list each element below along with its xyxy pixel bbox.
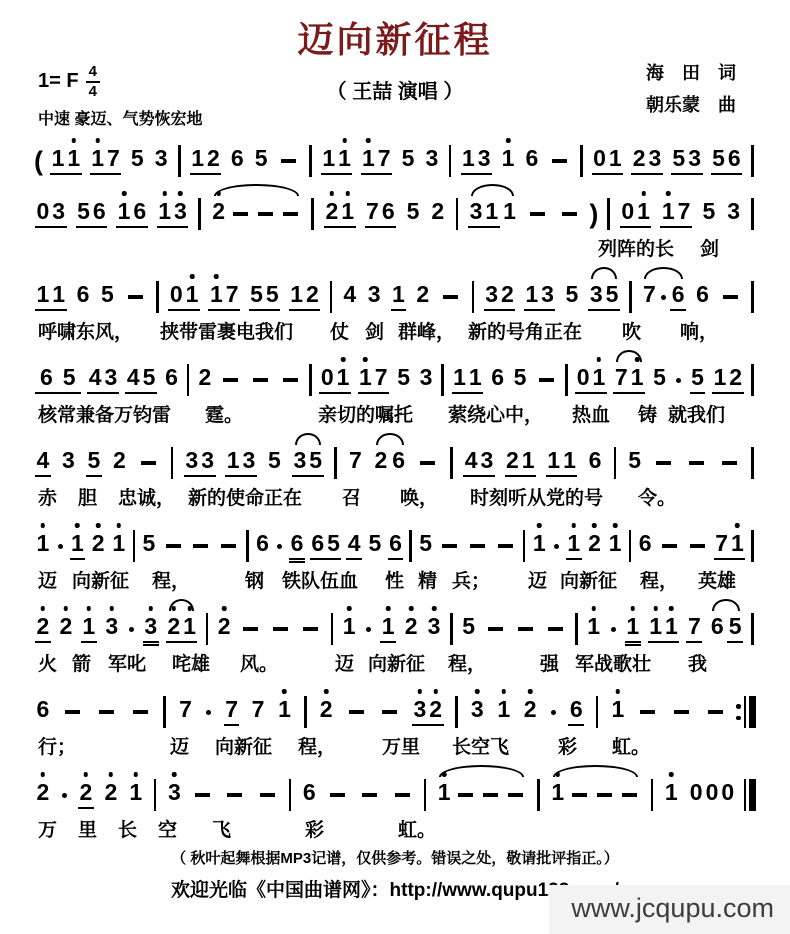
note-group: 5 [86, 449, 102, 477]
note-digit: 3 [143, 615, 159, 638]
lyric-segment: 剑 [700, 234, 719, 261]
note-digit: 7 [613, 366, 629, 389]
augmentation-dot [62, 793, 67, 798]
lyric-segment: 空 [158, 815, 177, 842]
lyric-segment: 群峰， [398, 317, 455, 344]
octave-dot [64, 606, 69, 611]
note-digit: 5 [141, 532, 157, 555]
note-digit: 0 [704, 781, 720, 804]
note-group: 6 [75, 283, 91, 311]
note-group: 31 [468, 200, 500, 228]
note-digit: 5 [326, 532, 342, 555]
duration-dash [303, 627, 318, 631]
lyric-segment: 响， [680, 317, 718, 344]
note-digit: 7 [376, 147, 392, 170]
note-group: 1 [341, 615, 357, 643]
octave-dot [214, 274, 219, 279]
note-digit: 6 [255, 532, 271, 555]
slur-group: 35 [291, 449, 325, 477]
note-group: 7 [686, 615, 702, 643]
octave-dot [630, 606, 635, 611]
note-digit: 1 [586, 615, 602, 638]
note-digit: 1 [461, 147, 477, 170]
octave-dot [216, 191, 221, 196]
note-digit: 2 [206, 147, 222, 170]
octave-dot [442, 772, 447, 777]
duration-dash [281, 159, 296, 163]
note-group: 2 [78, 781, 94, 809]
key-signature: 1= F 4 4 [38, 64, 100, 100]
note-group: 5 [418, 532, 434, 560]
note-digit: 5 [405, 200, 421, 223]
note-group: 2 [35, 615, 51, 643]
note-group: 1 [70, 532, 86, 560]
note-digit: 7 [373, 366, 389, 389]
duration-dash [362, 793, 377, 797]
note-digit: 1 [190, 147, 206, 170]
note-group: 1 [610, 698, 626, 726]
augmentation-dot [676, 378, 681, 383]
note-digit: 1 [562, 449, 578, 472]
note-digit: 3 [726, 200, 742, 223]
barline [206, 613, 209, 645]
note-digit: 1 [566, 532, 582, 555]
note-group: 21 [166, 615, 198, 643]
note-digit: 5 [701, 200, 717, 223]
lyric-segment: 彩 [305, 815, 324, 842]
lyric-segment: 英雄 [698, 566, 736, 593]
repeat-dots [736, 704, 741, 720]
note-group: 21 [505, 449, 537, 477]
octave-dot [735, 523, 740, 528]
note-digit: 1 [636, 200, 652, 223]
note-digit: 3 [412, 698, 428, 721]
barline [472, 281, 475, 313]
note-digit: 3 [476, 147, 492, 170]
slur-group: 65 [708, 615, 744, 643]
note-group: 01 [575, 366, 607, 394]
barline [751, 613, 754, 645]
note-digit: 3 [484, 283, 500, 306]
octave-dot [84, 772, 89, 777]
octave-dot [555, 772, 560, 777]
note-digit: 6 [132, 200, 148, 223]
note-group: 3 [153, 147, 169, 175]
note-digit: 3 [468, 200, 484, 223]
note-group: 53 [671, 147, 703, 175]
phrase-paren: ( [34, 148, 43, 175]
lyrics-line: 行；迈向新征程，万里长空飞彩虹。 [34, 732, 756, 761]
note-digit: 1 [436, 781, 452, 804]
lyric-segment: 剑 [365, 317, 384, 344]
note-group: 6 [709, 615, 725, 643]
duration-dash [442, 544, 457, 548]
note-group: 56 [711, 147, 743, 175]
note-digit: 2 [35, 781, 51, 804]
lyric-segment: 向新征 [560, 566, 617, 593]
barline [450, 613, 453, 645]
note-group: 76 [365, 200, 397, 228]
note-group: 17 [660, 200, 692, 228]
note-group: 13 [524, 283, 556, 311]
note-digit: 0 [592, 147, 608, 170]
note-digit: 1 [289, 283, 305, 306]
note-group: 3 [61, 449, 77, 477]
note-group: 2 [211, 200, 227, 228]
note-digit: 1 [531, 532, 547, 555]
note-digit: 2 [78, 781, 94, 804]
duration-dash [483, 793, 498, 797]
duration-dash [273, 627, 288, 631]
slur-group: 21 [165, 615, 199, 643]
note-group: 2 [373, 449, 389, 477]
note-group: 32 [484, 283, 516, 311]
note-digit: 3 [647, 147, 663, 170]
barline [751, 198, 754, 230]
notation-line: 65434562011753116501715512 [34, 349, 756, 399]
note-group: 17 [361, 147, 393, 175]
note-digit: 2 [90, 532, 106, 555]
note-digit: 5 [396, 366, 412, 389]
note-group: 2 [112, 449, 128, 477]
transcription-note: （ 秋叶起舞根据MP3记谱，仅供参考。错误之处，敬请批评指正。） [34, 847, 756, 868]
notation-line: 4352331353572643211165 [34, 432, 756, 482]
note-digit: 1 [35, 283, 51, 306]
note-digit: 7 [224, 698, 240, 721]
note-digit: 1 [660, 200, 676, 223]
duration-dash [548, 627, 563, 631]
lyric-segment: 胆 [78, 483, 97, 510]
duration-dash [562, 212, 577, 216]
barline [133, 530, 136, 562]
note-digit: 3 [200, 449, 216, 472]
barline [580, 145, 583, 177]
barline [154, 779, 157, 811]
note-digit: 1 [467, 366, 483, 389]
barline [449, 145, 452, 177]
note-digit: 5 [711, 147, 727, 170]
note-digit: 1 [629, 366, 645, 389]
note-digit: 2 [112, 449, 128, 472]
note-digit: 5 [249, 283, 265, 306]
note-group: 3 [166, 781, 182, 809]
note-group: 01 [620, 200, 652, 228]
octave-dot [190, 274, 195, 279]
lyric-segment: 长 [118, 815, 137, 842]
note-digit: 0 [319, 366, 335, 389]
barline [575, 613, 578, 645]
note-group: 6 [229, 147, 245, 175]
lyric-segment: 铸 [638, 400, 657, 427]
note-digit: 1 [625, 615, 641, 638]
note-digit: 2 [373, 449, 389, 472]
note-digit: 1 [524, 283, 540, 306]
lyric-segment: 向新征 [368, 649, 425, 676]
note-group: 6 [587, 449, 603, 477]
note-digit: 3 [469, 698, 485, 721]
note-digit: 4 [346, 532, 362, 555]
note-digit: 1 [335, 366, 351, 389]
octave-dot [386, 606, 391, 611]
lyric-segment: 程， [152, 566, 190, 593]
note-digit: 0 [35, 200, 51, 223]
note-group: 45 [125, 366, 157, 394]
note-digit: 2 [305, 283, 321, 306]
note-digit: 1 [591, 366, 607, 389]
octave-dot [653, 606, 658, 611]
octave-dot [669, 772, 674, 777]
note-digit: 2 [103, 781, 119, 804]
note-digit: 3 [104, 615, 120, 638]
note-group: 6 [670, 283, 686, 311]
note-digit: 0 [620, 200, 636, 223]
score-system: 65434562011753116501715512核常兼备万钧雷霆。亲切的嘱托… [34, 349, 756, 429]
score-system: 22133212112351111765火箭军叱咤雄风。迈向新征程，强军战歌壮我 [34, 598, 756, 678]
octave-dot [363, 357, 368, 362]
note-digit: 1 [111, 532, 127, 555]
note-group: 5 [690, 366, 706, 394]
note-digit: 1 [648, 615, 664, 638]
note-group: 1 [502, 200, 518, 228]
note-digit: 7 [106, 147, 122, 170]
octave-dot [134, 772, 139, 777]
note-digit: 3 [424, 147, 440, 170]
lyric-segment: 箭 [72, 649, 91, 676]
note-group: 3 [143, 615, 159, 643]
note-group: 2 [587, 532, 603, 560]
note-digit: 1 [157, 200, 173, 223]
note-group: 1 [550, 781, 566, 809]
note-group: 1 [625, 615, 641, 643]
note-digit: 6 [301, 781, 317, 804]
note-digit: 5 [604, 283, 620, 306]
meter-denominator: 4 [89, 83, 97, 100]
note-group: 11 [50, 147, 82, 175]
slur-group: 76 [640, 283, 687, 311]
note-digit: 5 [690, 366, 706, 389]
note-digit: 5 [727, 615, 743, 638]
score-system: 11215666545651121671迈向新征程，钢铁队伍血性精兵；迈向新征程… [34, 515, 756, 595]
note-digit: 6 [91, 200, 107, 223]
note-digit: 1 [484, 200, 500, 223]
final-barline [744, 779, 756, 811]
note-digit: 1 [452, 366, 468, 389]
note-group: 6 [391, 449, 407, 477]
note-digit: 5 [129, 147, 145, 170]
note-group: 56 [76, 200, 108, 228]
note-digit: 1 [520, 449, 536, 472]
notation-line: 11215666545651121671 [34, 515, 756, 565]
duration-dash [260, 793, 275, 797]
note-group: 12 [712, 366, 744, 394]
octave-dot [109, 606, 114, 611]
note-group: 17 [90, 147, 122, 175]
note-digit: 1 [182, 615, 198, 638]
note-group: 13 [157, 200, 189, 228]
note-digit: 1 [341, 615, 357, 638]
octave-dot [72, 138, 77, 143]
notation-line: 22133212112351111765 [34, 598, 756, 648]
duration-dash [258, 212, 273, 216]
note-group: 5 [564, 283, 580, 311]
note-group: 6 [568, 698, 584, 726]
barline [246, 530, 249, 562]
note-group: 12 [190, 147, 222, 175]
barline [537, 779, 540, 811]
note-group: 03 [35, 200, 67, 228]
octave-dot [41, 772, 46, 777]
lyrics-line: 核常兼备万钧雷霆。亲切的嘱托萦绕心中，热血铸就我们 [34, 400, 756, 429]
note-digit: 6 [709, 615, 725, 638]
duration-dash [253, 378, 268, 382]
lyric-segment: 向新征 [215, 732, 272, 759]
duration-dash [141, 461, 156, 465]
note-digit: 4 [342, 283, 358, 306]
octave-dot [572, 523, 577, 528]
barline [289, 779, 292, 811]
note-group: 13 [225, 449, 257, 477]
note-digit: 6 [587, 449, 603, 472]
duration-dash [193, 544, 208, 548]
octave-dot [222, 606, 227, 611]
note-digit: 1 [664, 615, 680, 638]
octave-dot [345, 191, 350, 196]
note-digit: 2 [430, 200, 446, 223]
note-digit: 1 [730, 532, 746, 555]
octave-dot [109, 772, 114, 777]
barline [596, 696, 599, 728]
note-group: 21 [324, 200, 356, 228]
note-group: 1 [111, 532, 127, 560]
octave-dot [501, 689, 506, 694]
duration-dash [221, 544, 236, 548]
note-digit: 2 [403, 615, 419, 638]
note-digit: 2 [415, 283, 431, 306]
duration-dash [283, 212, 298, 216]
duration-dash [498, 544, 513, 548]
note-digit: 1 [70, 532, 86, 555]
slur-group: 1 [549, 781, 642, 809]
note-group: 6 [35, 698, 51, 726]
lyric-segment: 兵； [452, 566, 490, 593]
note-group: 1 [586, 615, 602, 643]
note-digit: 1 [35, 532, 51, 555]
barline [156, 281, 159, 313]
duration-dash [508, 793, 523, 797]
note-group: 1 [566, 532, 582, 560]
lyric-segment: 列阵的长 [598, 234, 674, 261]
note-group: 1 [380, 615, 396, 643]
note-group: 23 [631, 147, 663, 175]
duration-dash [128, 295, 143, 299]
duration-dash [227, 793, 242, 797]
duration-dash [166, 544, 181, 548]
note-digit: 5 [418, 532, 434, 555]
slur-group: 1 [435, 781, 528, 809]
note-group: 1 [663, 781, 679, 809]
note-group: 1 [128, 781, 144, 809]
note-digit: 5 [564, 283, 580, 306]
note-digit: 5 [76, 200, 92, 223]
lyric-segment: 亲切的嘱托 [318, 400, 413, 427]
note-digit: 6 [35, 698, 51, 721]
augmentation-dot [206, 710, 211, 715]
duration-dash [690, 544, 705, 548]
note-group: 2 [415, 283, 431, 311]
note-group: 12 [289, 283, 321, 311]
note-digit: 1 [51, 283, 67, 306]
note-digit: 1 [496, 698, 512, 721]
note-digit: 4 [87, 366, 103, 389]
lyric-segment: 虹。 [612, 732, 650, 759]
note-group: 5 [267, 449, 283, 477]
note-digit: 1 [610, 698, 626, 721]
song-title: 迈向新征程 [34, 0, 756, 63]
barline [629, 281, 632, 313]
note-group: 5 [727, 615, 743, 643]
note-digit: 1 [50, 147, 66, 170]
note-digit: 6 [289, 532, 305, 555]
note-digit: 2 [428, 698, 444, 721]
note-group: 2 [35, 781, 51, 809]
note-digit: 6 [35, 366, 58, 389]
octave-dot [666, 191, 671, 196]
note-digit: 3 [153, 147, 169, 170]
duration-dash [488, 627, 503, 631]
duration-dash [243, 627, 258, 631]
thick-bar [749, 696, 756, 728]
note-group: 5 [461, 615, 477, 643]
octave-dot [347, 606, 352, 611]
note-digit: 5 [652, 366, 668, 389]
note-digit: 5 [308, 449, 324, 472]
octave-dot [149, 606, 154, 611]
note-group: 3 [469, 698, 485, 726]
lyrics-line: 列阵的长剑 [34, 234, 756, 263]
note-group: 17 [208, 283, 240, 311]
note-group: 1 [500, 147, 516, 175]
note-digit: 6 [568, 698, 584, 721]
note-group: 6 [490, 366, 506, 394]
note-group: 5 [652, 366, 668, 394]
octave-dot [122, 191, 127, 196]
duration-dash [223, 378, 238, 382]
note-digit: 3 [418, 366, 434, 389]
octave-dot [41, 523, 46, 528]
note-digit: 6 [726, 147, 742, 170]
lyric-segment: 飞 [212, 815, 231, 842]
note-digit: 1 [502, 200, 518, 223]
note-digit: 7 [348, 449, 364, 472]
lyric-segment: 军战歌壮 [575, 649, 651, 676]
note-digit: 6 [75, 283, 91, 306]
duration-dash [99, 710, 114, 714]
note-digit: 6 [229, 147, 245, 170]
note-digit: 5 [99, 283, 115, 306]
note-digit: 2 [58, 615, 74, 638]
duration-dash [420, 461, 435, 465]
note-group: 35 [588, 283, 620, 311]
barline [187, 364, 190, 396]
note-group: 7 [178, 698, 194, 726]
note-digit: 3 [51, 200, 67, 223]
note-group: 17 [358, 366, 390, 394]
notation-line: (1117531265111753131601235356 [34, 130, 756, 180]
octave-dot [616, 689, 621, 694]
score-system: 11650117551243123213535766呼啸东风，挟带雷裹电我们仗剑… [34, 266, 756, 346]
note-group: 5 [701, 200, 717, 228]
note-group: 01 [168, 283, 200, 311]
